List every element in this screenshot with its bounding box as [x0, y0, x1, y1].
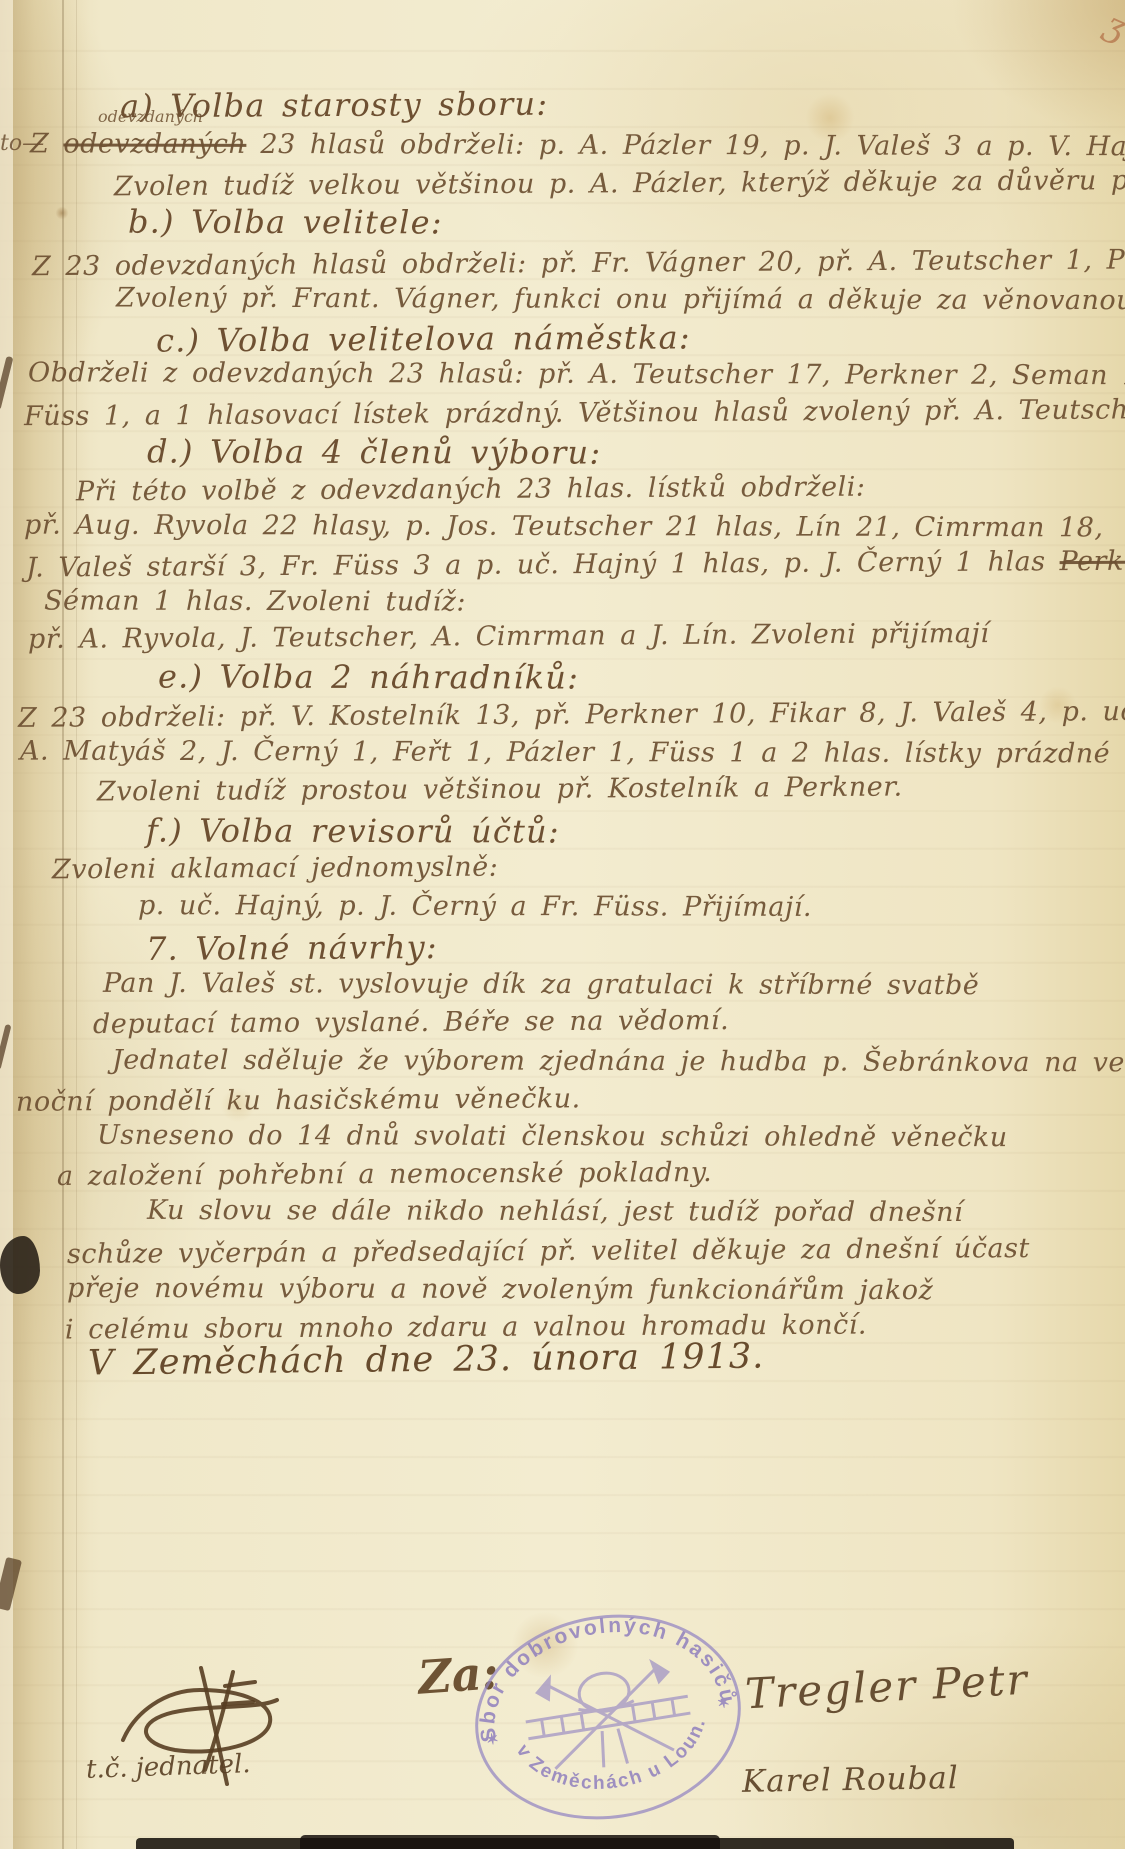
text-segment: Ku slovu se dále nikdo nehlásí, jest tud… — [147, 1195, 963, 1228]
text-segment: Füss 1, a 1 hlasovací lístek prázdný. Vě… — [24, 393, 1125, 432]
struck-word: Perkner — [1059, 546, 1125, 578]
manuscript-line: Při této volbě z odevzdaných 23 hlas. lí… — [76, 472, 866, 508]
manuscript-line: Pan J. Valeš st. vyslovuje dík za gratul… — [103, 968, 979, 1001]
text-segment: Z 23 obdrželi: př. V. Kostelník 13, př. … — [18, 695, 1125, 734]
section-heading-line: 7. Volné návrhy: — [146, 928, 438, 968]
text-segment: Zvoleni tudíž prostou většinou př. Koste… — [97, 772, 903, 808]
manuscript-line: deputací tamo vyslané. Béře se na vědomí… — [93, 1005, 729, 1040]
section-heading-line: c.) Volba velitelova náměstka: — [156, 318, 691, 359]
text-segment: d.) Volba 4 členů výboru: — [147, 432, 601, 471]
text-segment: 7. Volné návrhy: — [146, 928, 438, 968]
manuscript-line: přeje novému výboru a nově zvoleným funk… — [67, 1273, 933, 1306]
manuscript-line: Jednatel sděluje že výborem zjednána je … — [112, 1045, 1125, 1079]
manuscript-line: Obdrželi z odevzdaných 23 hlasů: př. A. … — [28, 357, 1125, 391]
ink-blob — [0, 1236, 40, 1294]
section-heading-line: e.) Volba 2 náhradníků: — [158, 657, 579, 696]
text-segment: Zvolen tudíž velkou většinou p. A. Pázle… — [114, 165, 1125, 203]
manuscript-line: Ku slovu se dále nikdo nehlásí, jest tud… — [147, 1195, 963, 1228]
text-segment: Při této volbě z odevzdaných 23 hlas. lí… — [76, 472, 866, 508]
section-heading-line: d.) Volba 4 členů výboru: — [147, 432, 601, 471]
text-segment: př. Aug. Ryvola 22 hlasy, p. Jos. Teutsc… — [24, 510, 1104, 544]
text-segment: J. Valeš starší 3, Fr. Füss 3 a p. uč. H… — [26, 546, 1060, 583]
struck-word: odevzdaných — [63, 128, 246, 159]
section-heading-line: f.) Volba revisorů účtů: — [146, 811, 560, 850]
text-segment: Zvolený př. Frant. Vágner, funkci onu př… — [116, 283, 1125, 317]
manuscript-line: Zvoleni aklamací jednomyslně: — [52, 852, 498, 886]
text-segment: Jednatel sděluje že výborem zjednána je … — [112, 1045, 1125, 1079]
text-segment: c.) Volba velitelova náměstka: — [156, 318, 691, 359]
manuscript-page: a) Volba starosty sboru:Z odevzdaných 23… — [0, 0, 1125, 1849]
manuscript-line: Usneseno do 14 dnů svolati členskou schů… — [97, 1120, 1008, 1153]
manuscript-line: a založení pohřební a nemocenské pokladn… — [57, 1157, 712, 1192]
text-segment: e.) Volba 2 náhradníků: — [158, 657, 579, 696]
text-segment: Séman 1 hlas. Zvoleni tudíž: — [44, 585, 466, 617]
text-segment: Obdrželi z odevzdaných 23 hlasů: př. A. … — [28, 357, 1125, 391]
stamp-star-right: ✶ — [716, 1694, 731, 1713]
text-segment: přeje novému výboru a nově zvoleným funk… — [67, 1273, 933, 1306]
manuscript-line: př. A. Ryvola, J. Teutscher, A. Cimrman … — [28, 618, 990, 655]
signature-karel-roubal: Karel Roubal — [742, 1760, 959, 1800]
signature-tregler-petr: Tregler Petr — [744, 1655, 1030, 1719]
text-segment: deputací tamo vyslané. Béře se na vědomí… — [93, 1005, 729, 1040]
text-segment: A. Matyáš 2, J. Černý 1, Feřt 1, Pázler … — [20, 736, 1110, 770]
page-corner-mark: ʒ — [1099, 4, 1125, 48]
text-segment: a založení pohřební a nemocenské pokladn… — [57, 1157, 712, 1192]
text-segment: f.) Volba revisorů účtů: — [146, 811, 560, 850]
secretary-title: t.č. jednatel. — [86, 1749, 252, 1785]
manuscript-line: př. Aug. Ryvola 22 hlasy, p. Jos. Teutsc… — [24, 510, 1104, 544]
manuscript-line: p. uč. Hajný, p. J. Černý a Fr. Füss. Př… — [138, 890, 812, 923]
manuscript-line: Z 23 odevzdaných hlasů obdrželi: př. Fr.… — [32, 243, 1125, 282]
manuscript-line: noční pondělí ku hasičskému věnečku. — [16, 1083, 581, 1117]
manuscript-line: Zvoleni tudíž prostou většinou př. Koste… — [97, 772, 903, 808]
manuscript-line: Z 23 obdrželi: př. V. Kostelník 13, př. … — [18, 695, 1125, 734]
text-segment: noční pondělí ku hasičskému věnečku. — [16, 1083, 581, 1117]
fire-brigade-stamp: Sbor dobrovolných hasičů v Zeměchách u L… — [453, 1587, 764, 1846]
text-segment: schůze vyčerpán a předsedající př. velit… — [67, 1233, 1030, 1270]
text-segment: Usneseno do 14 dnů svolati členskou schů… — [97, 1120, 1008, 1153]
manuscript-line: Füss 1, a 1 hlasovací lístek prázdný. Vě… — [24, 393, 1125, 432]
text-segment: 23 hlasů obdrželi: p. A. Pázler 19, p. J… — [246, 129, 1125, 163]
manuscript-line: Z odevzdaných 23 hlasů obdrželi: p. A. P… — [30, 128, 1125, 162]
manuscript-line: schůze vyčerpán a předsedající př. velit… — [67, 1233, 1030, 1270]
section-heading-line: b.) Volba velitele: — [128, 203, 443, 242]
date-place-line: V Zeměchách dne 23. února 1913. — [88, 1336, 765, 1383]
text-segment: p. uč. Hajný, p. J. Černý a Fr. Füss. Př… — [138, 890, 812, 923]
text-segment: b.) Volba velitele: — [128, 203, 443, 242]
manuscript-line: Séman 1 hlas. Zvoleni tudíž: — [44, 585, 466, 617]
scan-bottom-edge-dark — [300, 1835, 720, 1849]
margin-note: to— — [0, 131, 44, 156]
margin-note: odevzdaných — [98, 107, 203, 126]
text-segment: Zvoleni aklamací jednomyslně: — [52, 852, 498, 886]
text-segment: Z 23 odevzdaných hlasů obdrželi: př. Fr.… — [32, 243, 1125, 282]
manuscript-line: Zvolen tudíž velkou většinou p. A. Pázle… — [114, 165, 1125, 203]
text-segment: Pan J. Valeš st. vyslovuje dík za gratul… — [103, 968, 979, 1001]
manuscript-line: J. Valeš starší 3, Fr. Füss 3 a p. uč. H… — [26, 546, 1125, 584]
stamp-star-left: ✶ — [485, 1730, 500, 1749]
manuscript-line: A. Matyáš 2, J. Černý 1, Feřt 1, Pázler … — [20, 736, 1110, 770]
text-segment: př. A. Ryvola, J. Teutscher, A. Cimrman … — [28, 618, 990, 655]
manuscript-line: Zvolený př. Frant. Vágner, funkci onu př… — [116, 283, 1125, 317]
